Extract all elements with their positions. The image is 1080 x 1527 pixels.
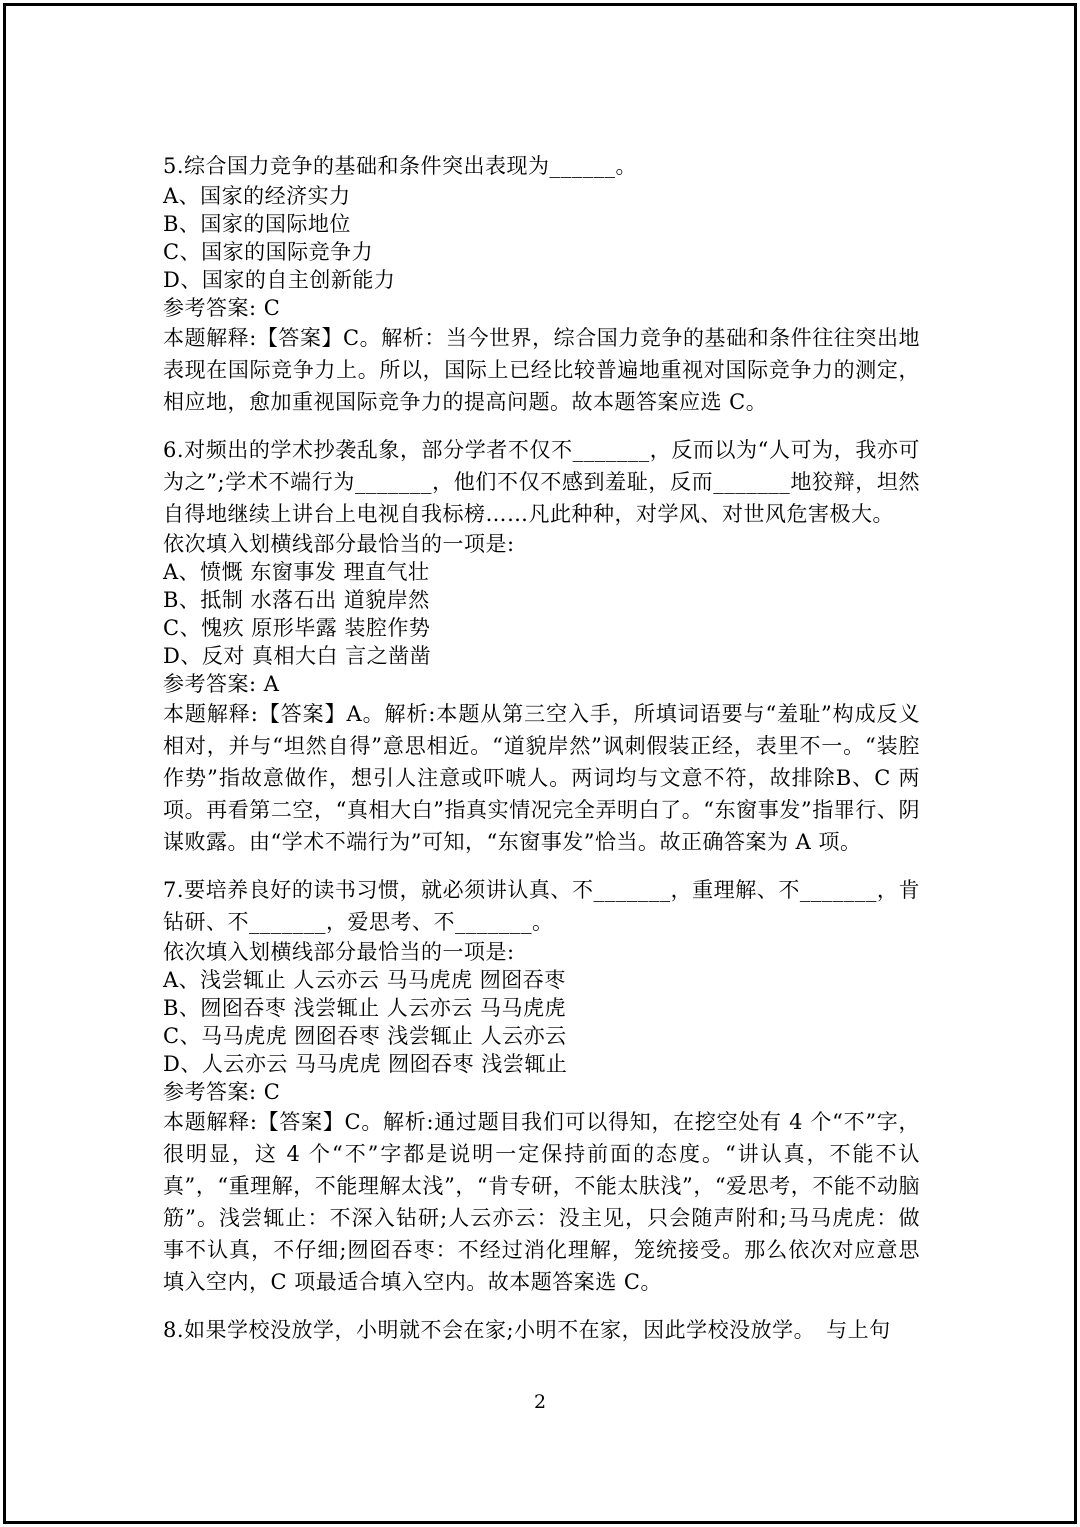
question-option-d: D、国家的自主创新能力 bbox=[163, 266, 920, 294]
question-option-c: C、国家的国际竞争力 bbox=[163, 238, 920, 266]
question-explanation: 本题解释:【答案】C。解析：当今世界，综合国力竞争的基础和条件往往突出地表现在国… bbox=[163, 322, 920, 418]
question-stem: 6.对频出的学术抄袭乱象，部分学者不仅不_______，反而以为“人可为，我亦可… bbox=[163, 434, 920, 530]
reference-answer: 参考答案: C bbox=[163, 294, 920, 322]
document-page: 5.综合国力竞争的基础和条件突出表现为______。 A、国家的经济实力 B、国… bbox=[0, 0, 1080, 1527]
question-stem: 5.综合国力竞争的基础和条件突出表现为______。 bbox=[163, 150, 920, 182]
question-6: 6.对频出的学术抄袭乱象，部分学者不仅不_______，反而以为“人可为，我亦可… bbox=[163, 434, 920, 858]
question-explanation: 本题解释:【答案】A。解析:本题从第三空入手，所填词语要与“羞耻”构成反义相对，… bbox=[163, 698, 920, 858]
question-option-d: D、反对 真相大白 言之凿凿 bbox=[163, 642, 920, 670]
question-stem: 7.要培养良好的读书习惯，就必须讲认真、不_______，重理解、不______… bbox=[163, 874, 920, 938]
question-prompt: 依次填入划横线部分最恰当的一项是: bbox=[163, 938, 920, 966]
question-explanation: 本题解释:【答案】C。解析:通过题目我们可以得知，在挖空处有 4 个“不”字，很… bbox=[163, 1106, 920, 1298]
question-option-d: D、人云亦云 马马虎虎 囫囵吞枣 浅尝辄止 bbox=[163, 1050, 920, 1078]
page-content: 5.综合国力竞争的基础和条件突出表现为______。 A、国家的经济实力 B、国… bbox=[163, 150, 920, 1362]
question-option-c: C、愧疚 原形毕露 装腔作势 bbox=[163, 614, 920, 642]
question-option-a: A、愤慨 东窗事发 理直气壮 bbox=[163, 558, 920, 586]
question-option-b: B、国家的国际地位 bbox=[163, 210, 920, 238]
question-option-c: C、马马虎虎 囫囵吞枣 浅尝辄止 人云亦云 bbox=[163, 1022, 920, 1050]
question-5: 5.综合国力竞争的基础和条件突出表现为______。 A、国家的经济实力 B、国… bbox=[163, 150, 920, 418]
question-option-a: A、浅尝辄止 人云亦云 马马虎虎 囫囵吞枣 bbox=[163, 966, 920, 994]
page-number: 2 bbox=[0, 1390, 1080, 1414]
question-7: 7.要培养良好的读书习惯，就必须讲认真、不_______，重理解、不______… bbox=[163, 874, 920, 1298]
question-8: 8.如果学校没放学，小明就不会在家;小明不在家，因此学校没放学。 与上句 bbox=[163, 1314, 920, 1346]
question-option-b: B、囫囵吞枣 浅尝辄止 人云亦云 马马虎虎 bbox=[163, 994, 920, 1022]
question-prompt: 依次填入划横线部分最恰当的一项是: bbox=[163, 530, 920, 558]
question-stem: 8.如果学校没放学，小明就不会在家;小明不在家，因此学校没放学。 与上句 bbox=[163, 1314, 920, 1346]
reference-answer: 参考答案: C bbox=[163, 1078, 920, 1106]
question-option-b: B、抵制 水落石出 道貌岸然 bbox=[163, 586, 920, 614]
question-option-a: A、国家的经济实力 bbox=[163, 182, 920, 210]
reference-answer: 参考答案: A bbox=[163, 670, 920, 698]
